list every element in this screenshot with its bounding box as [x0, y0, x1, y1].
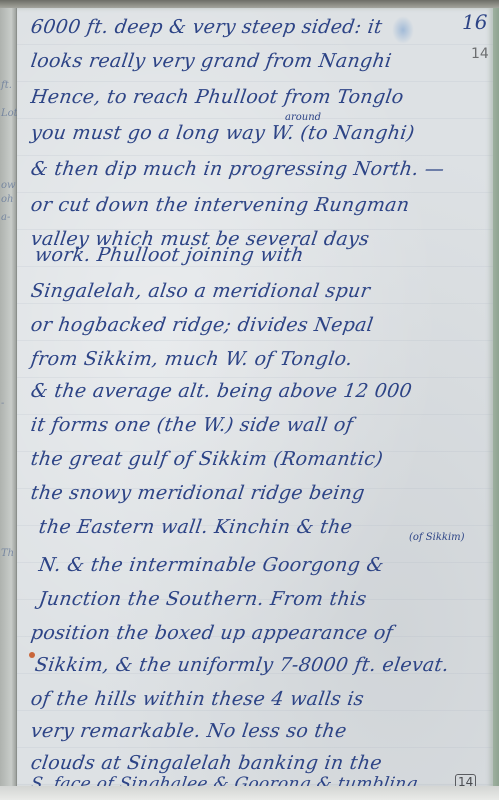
- previous-page-fragment: -: [1, 398, 15, 409]
- previous-page-fragment: a-: [1, 212, 15, 223]
- folio-number: 16: [462, 10, 487, 34]
- manuscript-line: of the hills within these 4 walls is: [29, 688, 365, 710]
- previous-page-fragment: Lot: [1, 108, 15, 119]
- previous-page-fragment: ow: [1, 180, 15, 191]
- manuscript-line: the great gulf of Sikkim (Romantic): [29, 448, 384, 470]
- manuscript-page: 16 14 6000 ft. deep & very steep sided: …: [17, 8, 493, 788]
- manuscript-line: looks really very grand from Nanghi: [29, 50, 393, 72]
- previous-page-edge: ft. Lot ow oh a- - Th: [0, 8, 17, 788]
- manuscript-line: the Eastern wall. Kinchin & the: [37, 516, 353, 538]
- pencil-page-number: 14: [471, 46, 489, 62]
- manuscript-line: the snowy meridional ridge being: [29, 482, 366, 504]
- previous-page-fragment: Th: [1, 548, 15, 559]
- manuscript-line: Singalelah, also a meridional spur: [29, 280, 371, 302]
- manuscript-line: position the boxed up appearance of: [29, 622, 394, 644]
- manuscript-line: 6000 ft. deep & very steep sided: it: [29, 16, 383, 38]
- manuscript-line: & then dip much in progressing North. —: [29, 158, 445, 180]
- interlinear-insertion: (of Sikkim): [409, 532, 465, 543]
- manuscript-line: you must go a long way W. (to Nanghi): [29, 122, 416, 144]
- previous-page-fragment: oh: [1, 194, 15, 205]
- manuscript-line: or hogbacked ridge; divides Nepal: [29, 314, 374, 336]
- book-bottom-edge: [0, 786, 499, 800]
- ink-spot: [29, 652, 35, 658]
- manuscript-line: very remarkable. No less so the: [29, 720, 348, 742]
- manuscript-line: Junction the Southern. From this: [37, 588, 368, 610]
- manuscript-line: clouds at Singalelah banking in the: [29, 752, 383, 774]
- previous-page-fragment: ft.: [1, 80, 15, 91]
- manuscript-line: work. Phulloot joining with: [33, 244, 305, 266]
- book-top-edge: [0, 0, 499, 8]
- manuscript-line: it forms one (the W.) side wall of: [29, 414, 354, 436]
- manuscript-line: from Sikkim, much W. of Tonglo.: [29, 348, 354, 370]
- manuscript-line: & the average alt. being above 12 000: [29, 380, 413, 402]
- ink-stain: [392, 16, 414, 44]
- manuscript-line: N. & the interminable Goorgong &: [37, 554, 385, 576]
- manuscript-line: or cut down the intervening Rungman: [29, 194, 411, 216]
- manuscript-line: Hence, to reach Phulloot from Tonglo: [29, 86, 405, 108]
- manuscript-line: Sikkim, & the uniformly 7-8000 ft. eleva…: [33, 654, 450, 676]
